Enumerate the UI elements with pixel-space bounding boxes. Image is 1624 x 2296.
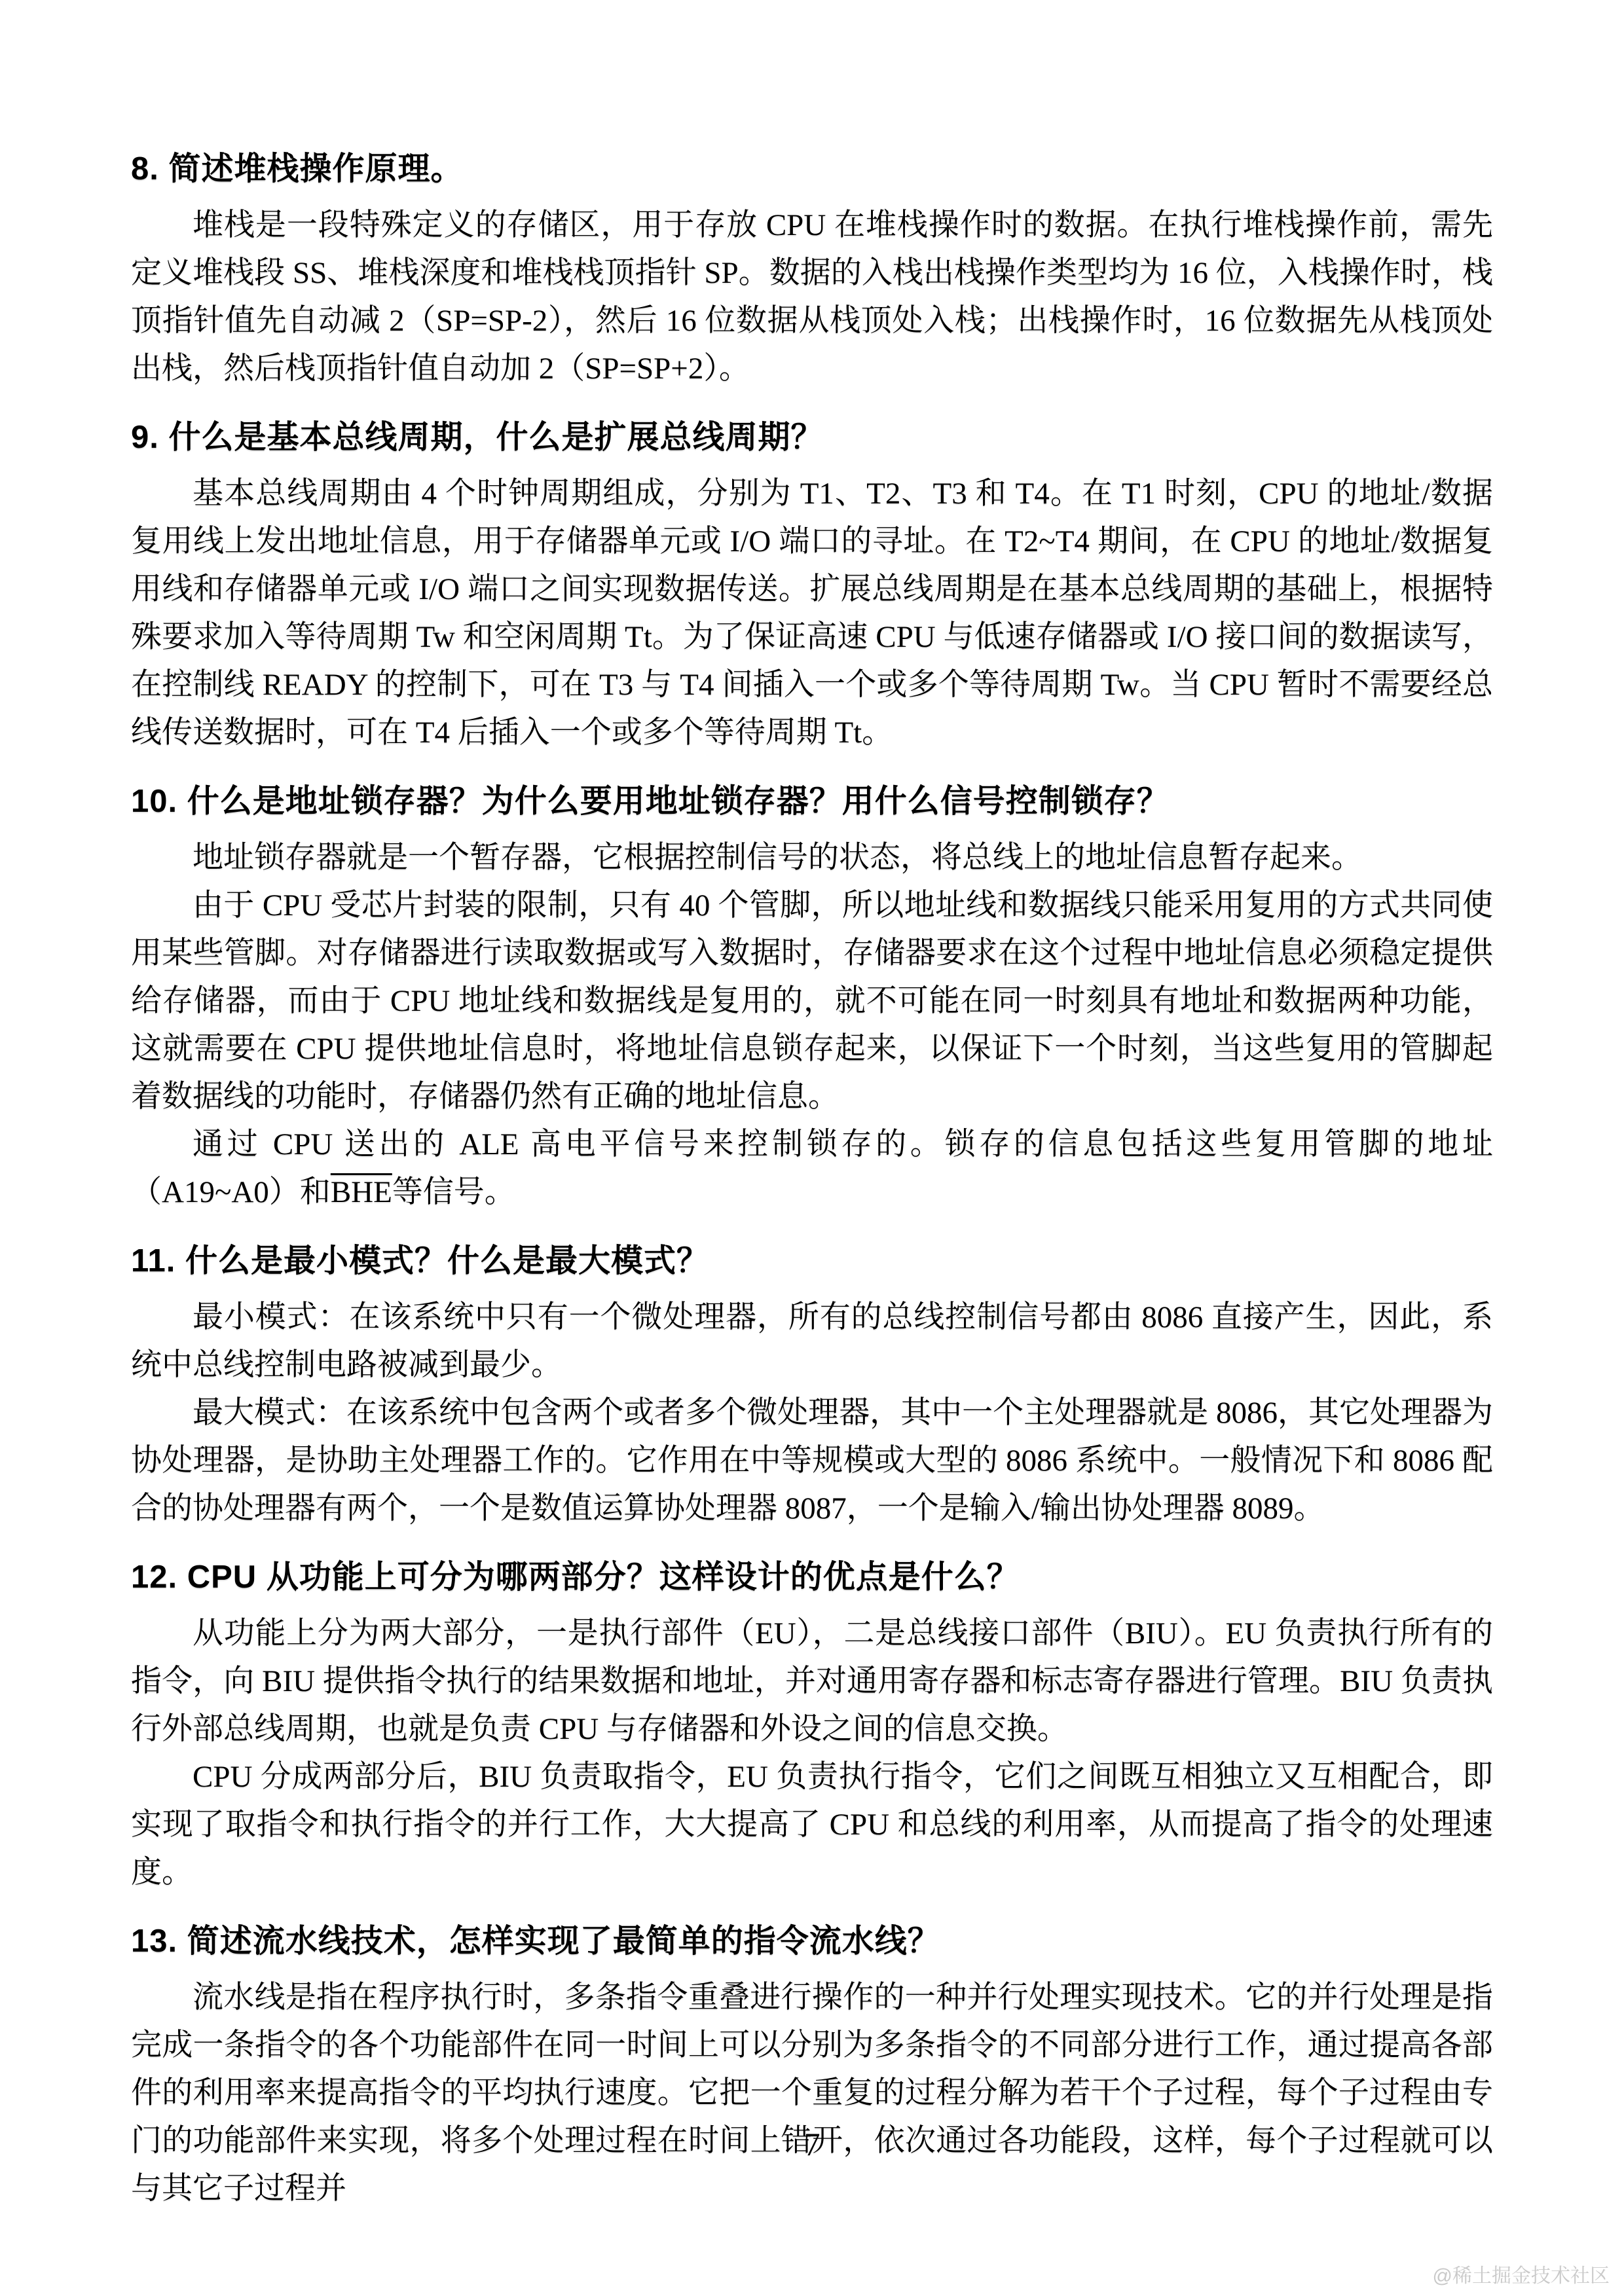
answer-paragraph: 最小模式：在该系统中只有一个微处理器，所有的总线控制信号都由 8086 直接产生… [131, 1294, 1493, 1389]
qa-section-8: 8. 简述堆栈操作原理。 堆栈是一段特殊定义的存储区，用于存放 CPU 在堆栈操… [131, 148, 1493, 393]
qa-section-9: 9. 什么是基本总线周期，什么是扩展总线周期？ 基本总线周期由 4 个时钟周期组… [131, 416, 1493, 757]
answer-paragraph: 从功能上分为两大部分，一是执行部件（EU），二是总线接口部件（BIU）。EU 负… [131, 1610, 1493, 1753]
qa-section-13: 13. 简述流水线技术，怎样实现了最简单的指令流水线？ 流水线是指在程序执行时，… [131, 1920, 1493, 2213]
page-number: 7 [0, 2128, 1624, 2160]
question-heading: 9. 什么是基本总线周期，什么是扩展总线周期？ [131, 416, 1493, 458]
bhe-overline-signal: BHE [331, 1175, 392, 1209]
watermark: @稀土掘金技术社区 [1433, 2265, 1610, 2288]
answer-paragraph: 堆栈是一段特殊定义的存储区，用于存放 CPU 在堆栈操作时的数据。在执行堆栈操作… [131, 202, 1493, 393]
question-heading: 13. 简述流水线技术，怎样实现了最简单的指令流水线？ [131, 1920, 1493, 1962]
answer-paragraph: 基本总线周期由 4 个时钟周期组成，分别为 T1、T2、T3 和 T4。在 T1… [131, 470, 1493, 757]
ale-paragraph-post: 等信号。 [392, 1175, 515, 1209]
answer-paragraph-ale: 通过 CPU 送出的 ALE 高电平信号来控制锁存的。锁存的信息包括这些复用管脚… [131, 1121, 1493, 1216]
question-heading: 10. 什么是地址锁存器？为什么要用地址锁存器？用什么信号控制锁存？ [131, 780, 1493, 822]
answer-paragraph: 由于 CPU 受芯片封装的限制，只有 40 个管脚，所以地址线和数据线只能采用复… [131, 882, 1493, 1121]
qa-section-11: 11. 什么是最小模式？什么是最大模式？ 最小模式：在该系统中只有一个微处理器，… [131, 1240, 1493, 1533]
question-heading: 8. 简述堆栈操作原理。 [131, 148, 1493, 190]
answer-paragraph: 地址锁存器就是一个暂存器，它根据控制信号的状态，将总线上的地址信息暂存起来。 [131, 834, 1493, 882]
answer-paragraph: 最大模式：在该系统中包含两个或者多个微处理器，其中一个主处理器就是 8086，其… [131, 1389, 1493, 1533]
question-heading: 11. 什么是最小模式？什么是最大模式？ [131, 1240, 1493, 1282]
qa-section-10: 10. 什么是地址锁存器？为什么要用地址锁存器？用什么信号控制锁存？ 地址锁存器… [131, 780, 1493, 1216]
question-heading: 12. CPU 从功能上可分为哪两部分？这样设计的优点是什么？ [131, 1556, 1493, 1598]
answer-paragraph: CPU 分成两部分后，BIU 负责取指令，EU 负责执行指令，它们之间既互相独立… [131, 1753, 1493, 1897]
document-page: 8. 简述堆栈操作原理。 堆栈是一段特殊定义的存储区，用于存放 CPU 在堆栈操… [0, 0, 1624, 2296]
qa-section-12: 12. CPU 从功能上可分为哪两部分？这样设计的优点是什么？ 从功能上分为两大… [131, 1556, 1493, 1897]
answer-paragraph: 流水线是指在程序执行时，多条指令重叠进行操作的一种并行处理实现技术。它的并行处理… [131, 1974, 1493, 2213]
qa-content: 8. 简述堆栈操作原理。 堆栈是一段特殊定义的存储区，用于存放 CPU 在堆栈操… [131, 148, 1493, 2213]
